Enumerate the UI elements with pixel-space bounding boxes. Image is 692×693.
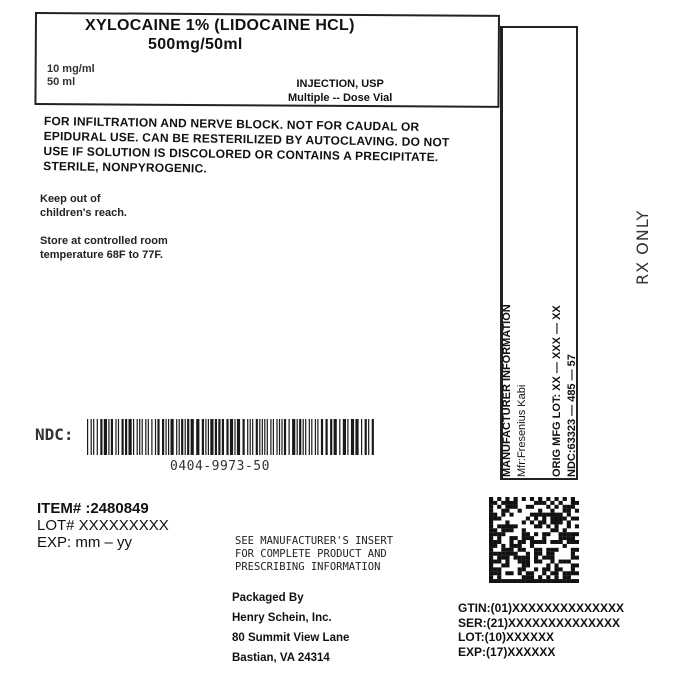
product-strength: 500mg/50ml xyxy=(148,36,243,54)
item-info: ITEM# :2480849 LOT# XXXXXXXXX EXP: mm – … xyxy=(37,500,169,551)
insert-note: SEE MANUFACTURER'S INSERT FOR COMPLETE P… xyxy=(235,535,393,574)
injection-type: INJECTION, USP xyxy=(288,77,392,91)
packager-heading: Packaged By xyxy=(232,588,349,608)
packager-info: Packaged By Henry Schein, Inc. 80 Summit… xyxy=(232,588,349,668)
item-lot: LOT# XXXXXXXXX xyxy=(37,517,169,534)
packager-city: Bastian, VA 24314 xyxy=(232,648,349,668)
gs1-info: GTIN:(01)XXXXXXXXXXXXXX SER:(21)XXXXXXXX… xyxy=(458,601,624,659)
item-exp: EXP: mm – yy xyxy=(37,534,169,551)
product-title: XYLOCAINE 1% (LIDOCAINE HCL) xyxy=(85,17,355,35)
ndc-barcode xyxy=(87,419,376,455)
manufacturer-ndc: NDC:63323 — 485 — 57 xyxy=(565,227,580,477)
storage-line2: temperature 68F to 77F. xyxy=(40,248,168,262)
datamatrix-code xyxy=(489,497,579,583)
manufacturer-name: Mfr:Fresenius Kabi xyxy=(515,227,530,477)
item-number-line: ITEM# :2480849 xyxy=(37,500,169,517)
item-number: 2480849 xyxy=(90,500,148,517)
storage-line1: Store at controlled room xyxy=(40,234,168,248)
vial-type: Multiple -- Dose Vial xyxy=(288,91,392,105)
storage-instructions: Store at controlled room temperature 68F… xyxy=(40,234,168,262)
packager-street: 80 Summit View Lane xyxy=(232,628,349,648)
child-warning-line1: Keep out of xyxy=(40,192,127,206)
ndc-number: 0404-9973-50 xyxy=(170,459,270,474)
injection-block: INJECTION, USP Multiple -- Dose Vial xyxy=(288,77,392,105)
usage-warning: FOR INFILTRATION AND NERVE BLOCK. NOT FO… xyxy=(43,114,474,181)
concentration: 10 mg/ml xyxy=(47,63,95,76)
rx-only-label: RX ONLY xyxy=(633,210,652,285)
ndc-label: NDC: xyxy=(35,425,74,444)
gs1-serial: SER:(21)XXXXXXXXXXXXXX xyxy=(458,616,624,631)
insert-note-line3: PRESCRIBING INFORMATION xyxy=(235,561,393,574)
item-label: ITEM# : xyxy=(37,500,90,517)
child-warning: Keep out of children's reach. xyxy=(40,192,127,220)
gs1-lot: LOT:(10)XXXXXX xyxy=(458,630,624,645)
gs1-gtin: GTIN:(01)XXXXXXXXXXXXXX xyxy=(458,601,624,616)
manufacturer-info: MANUFACTURER INFORMATION Mfr:Fresenius K… xyxy=(500,227,580,477)
manufacturer-heading: MANUFACTURER INFORMATION xyxy=(500,227,515,477)
original-lot: ORIG MFG LOT: XX — XXX — XX xyxy=(550,227,565,477)
insert-note-line2: FOR COMPLETE PRODUCT AND xyxy=(235,548,393,561)
insert-note-line1: SEE MANUFACTURER'S INSERT xyxy=(235,535,393,548)
child-warning-line2: children's reach. xyxy=(40,206,127,220)
volume: 50 ml xyxy=(47,76,95,89)
gs1-exp: EXP:(17)XXXXXX xyxy=(458,645,624,660)
concentration-block: 10 mg/ml 50 ml xyxy=(47,63,95,89)
packager-name: Henry Schein, Inc. xyxy=(232,608,349,628)
